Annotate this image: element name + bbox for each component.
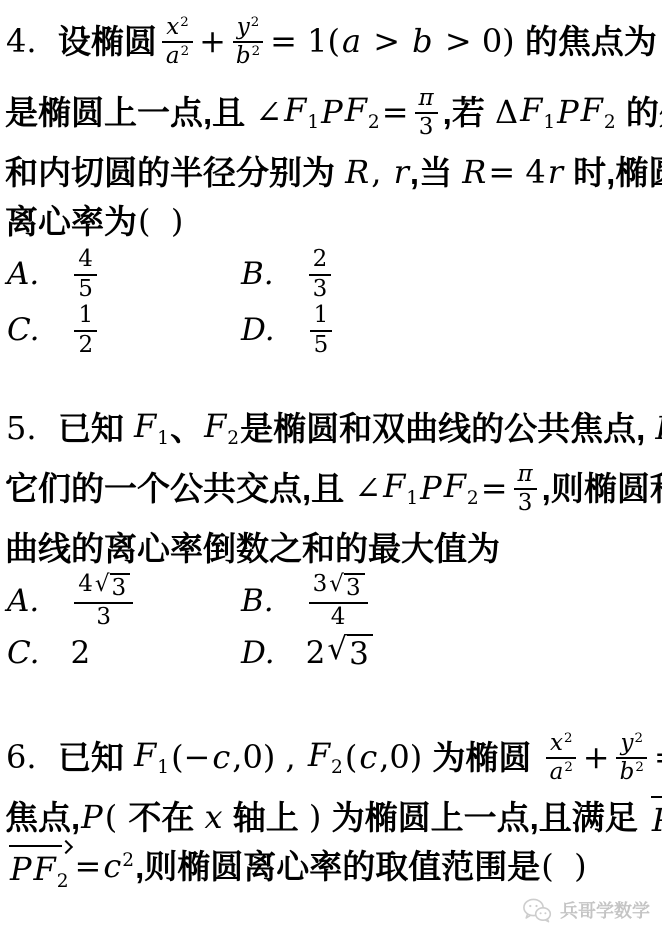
- option-C: C.12: [7, 302, 241, 358]
- option-B: B.3√34: [241, 573, 658, 629]
- problem-line: 6. 已知 F1(−c,0) , F2(c,0) 为椭圆 x2a2+y2b2= …: [5, 722, 658, 793]
- math-variable: F1: [520, 92, 555, 133]
- fraction-denominator: 3: [514, 490, 537, 516]
- math-fraction: y2b2: [616, 730, 648, 786]
- option-label: C.: [7, 312, 39, 348]
- subscript: 2: [368, 112, 380, 133]
- square-root: √3: [326, 634, 373, 671]
- problem-4-lines: 4. 设椭圆x2a2+y2b2= 1(a > b > 0) 的焦点为 F1, F…: [5, 6, 658, 246]
- vector: PF1: [651, 792, 662, 843]
- superscript: 2: [564, 731, 572, 746]
- fraction-denominator: 3: [415, 114, 438, 140]
- superscript: 2: [181, 44, 189, 59]
- math-roman: ( ): [138, 203, 183, 240]
- superscript: 2: [634, 731, 642, 746]
- fraction-denominator: 2: [74, 332, 97, 358]
- problem-line: 离心率为( ): [5, 197, 658, 246]
- fraction-numerator: 2: [309, 246, 332, 275]
- math-variable: a: [342, 23, 361, 60]
- math-roman: 4: [78, 246, 93, 272]
- math-roman: ,0) ,: [232, 739, 306, 776]
- math-variable: x2: [550, 730, 572, 756]
- math-roman: ∠: [354, 470, 381, 507]
- math-roman: =: [481, 470, 508, 507]
- math-roman: 3: [112, 575, 127, 601]
- math-roman: 2: [306, 635, 326, 671]
- math-roman: 2: [78, 332, 93, 358]
- superscript: 2: [122, 850, 134, 871]
- math-roman: +: [583, 739, 610, 776]
- math-roman: ∠: [255, 94, 282, 131]
- math-roman: (−: [171, 739, 210, 776]
- superscript: 2: [635, 760, 643, 775]
- problem-6-lines: 6. 已知 F1(−c,0) , F2(c,0) 为椭圆 x2a2+y2b2= …: [5, 722, 658, 891]
- problem-line: 和内切圆的半径分别为 R, r,当 R= 4r 时,椭圆的: [5, 148, 658, 197]
- option-B: B.23: [241, 246, 658, 302]
- cn-text: ,当: [410, 154, 461, 192]
- worksheet-page: 4. 设椭圆x2a2+y2b2= 1(a > b > 0) 的焦点为 F1, F…: [0, 0, 662, 923]
- math-roman: ): [309, 799, 321, 836]
- superscript: 2: [251, 15, 259, 30]
- math-variable: b2: [236, 43, 260, 69]
- option-value: 2√3: [305, 634, 373, 671]
- problem-4: 4. 设椭圆x2a2+y2b2= 1(a > b > 0) 的焦点为 F1, F…: [5, 6, 658, 358]
- math-fraction: 3√34: [309, 571, 368, 631]
- cn-text: 已知: [58, 739, 133, 777]
- math-roman: +: [199, 23, 226, 60]
- math-variable: P: [420, 470, 442, 507]
- math-variable: F2: [34, 851, 69, 892]
- math-fraction: 45: [74, 246, 97, 302]
- math-roman: = 1(: [270, 23, 340, 60]
- problem-line: 4. 设椭圆x2a2+y2b2= 1(a > b > 0) 的焦点为 F1, F…: [5, 6, 658, 77]
- problem-line: PF2=c2,则椭圆离心率的取值范围是( ): [5, 842, 658, 891]
- fraction-numerator: 4: [74, 246, 97, 275]
- option-D: D.2√3: [241, 629, 658, 676]
- math-variable: π: [419, 85, 434, 111]
- fraction-denominator: a2: [162, 43, 193, 69]
- math-fraction: 15: [310, 302, 333, 358]
- option-label: B.: [241, 583, 274, 619]
- cn-text: 、: [170, 410, 203, 448]
- math-variable: P: [321, 94, 343, 131]
- math-roman: 4.: [6, 23, 57, 60]
- subscript: 2: [57, 871, 69, 892]
- math-variable: c: [359, 739, 377, 776]
- cn-text: ,若: [443, 94, 494, 132]
- problem-5-options: A.4√33B.3√34C.2D.2√3: [5, 573, 658, 676]
- vector-arrow-icon: [9, 845, 62, 847]
- math-roman: 5: [78, 276, 93, 302]
- math-roman: (: [345, 739, 357, 776]
- math-variable: y2: [237, 14, 259, 40]
- math-roman: 3: [313, 571, 328, 597]
- math-variable: P: [652, 802, 662, 839]
- fraction-numerator: 1: [74, 302, 97, 331]
- math-roman: >: [363, 23, 410, 60]
- cn-text: 它们的一个公共交点,且: [5, 470, 353, 508]
- problem-5: 5. 已知 F1、F2是椭圆和双曲线的公共焦点, P 是它们的一个公共交点,且 …: [5, 404, 658, 676]
- wechat-icon: [522, 898, 552, 923]
- math-variable: π: [518, 461, 533, 487]
- math-variable: P: [655, 410, 662, 447]
- math-variable: b: [412, 23, 432, 60]
- cn-text: 时,椭圆的: [564, 154, 662, 192]
- problem-6: 6. 已知 F1(−c,0) , F2(c,0) 为椭圆 x2a2+y2b2= …: [5, 722, 658, 891]
- superscript: 2: [564, 760, 572, 775]
- math-roman: 1: [314, 302, 329, 328]
- fraction-denominator: 5: [74, 276, 97, 302]
- subscript: 1: [406, 488, 418, 509]
- math-variable: c: [212, 739, 230, 776]
- math-fraction: 4√33: [74, 571, 133, 631]
- math-roman: 3: [349, 636, 369, 672]
- math-variable: F1: [284, 92, 319, 133]
- subscript: 1: [307, 112, 319, 133]
- math-roman: (: [105, 799, 128, 836]
- math-roman: =: [75, 848, 102, 885]
- option-label: B.: [241, 256, 274, 292]
- option-value: 15: [305, 302, 338, 358]
- math-roman: 3: [313, 276, 328, 302]
- fraction-numerator: π: [514, 461, 537, 490]
- option-D: D.15: [241, 302, 658, 358]
- math-variable: P: [557, 94, 579, 131]
- radicand: 3: [110, 573, 131, 601]
- math-roman: 3: [96, 604, 111, 630]
- fraction-numerator: 1: [310, 302, 333, 331]
- watermark: 兵哥学数学: [5, 897, 658, 923]
- cn-text: 轴上: [224, 799, 308, 837]
- cn-text: 曲线的离心率倒数之和的最大值为: [5, 530, 500, 568]
- math-roman: 4: [331, 604, 346, 630]
- math-variable: F2: [204, 408, 239, 449]
- fraction-numerator: y2: [616, 730, 646, 759]
- math-roman: 1: [78, 302, 93, 328]
- math-roman: 4: [78, 571, 93, 597]
- math-roman: Δ: [495, 94, 518, 131]
- math-variable: a2: [550, 759, 573, 785]
- cn-text: 的外接圆: [617, 94, 662, 132]
- fraction-numerator: x2: [546, 730, 576, 759]
- option-label: D.: [241, 635, 275, 671]
- math-variable: F1: [383, 468, 418, 509]
- fraction-denominator: 5: [310, 332, 333, 358]
- option-label: A.: [7, 256, 39, 292]
- math-roman: ,0): [379, 739, 422, 776]
- option-label: C.: [7, 635, 39, 671]
- cn-text: 为椭圆: [423, 739, 540, 777]
- option-label: D.: [241, 312, 275, 348]
- math-variable: y2: [620, 730, 642, 756]
- superscript: 2: [252, 44, 260, 59]
- radicand: 3: [347, 634, 373, 671]
- subscript: 1: [543, 112, 555, 133]
- math-variable: b2: [620, 759, 644, 785]
- option-A: A.4√33: [7, 573, 241, 629]
- option-value: 2: [69, 635, 91, 671]
- watermark-label: 兵哥学数学: [560, 897, 650, 923]
- math-roman: 2: [313, 246, 328, 272]
- math-variable: r: [548, 154, 563, 191]
- option-label: A.: [7, 583, 39, 619]
- square-root: √3: [94, 573, 130, 601]
- problem-line: 它们的一个公共交点,且 ∠F1PF2=π3,则椭圆和双: [5, 453, 658, 524]
- superscript: 2: [180, 15, 188, 30]
- math-roman: =: [382, 94, 409, 131]
- cn-text: 为椭圆上一点,且满足: [322, 799, 647, 837]
- math-variable: P: [10, 851, 32, 888]
- math-fraction: π3: [415, 85, 438, 141]
- math-variable: F2: [308, 737, 343, 778]
- vector: PF2: [9, 841, 70, 892]
- math-variable: x2: [166, 14, 188, 40]
- problem-line: 是椭圆上一点,且 ∠F1PF2=π3,若 ΔF1PF2 的外接圆: [5, 77, 658, 148]
- option-C: C.2: [7, 629, 241, 676]
- problem-5-lines: 5. 已知 F1、F2是椭圆和双曲线的公共焦点, P 是它们的一个公共交点,且 …: [5, 404, 658, 573]
- radical-icon: √: [329, 573, 344, 601]
- problem-line: 5. 已知 F1、F2是椭圆和双曲线的公共焦点, P 是: [5, 404, 658, 453]
- math-fraction: π3: [514, 461, 537, 517]
- option-value: 23: [304, 246, 337, 302]
- fraction-numerator: 4√3: [74, 571, 133, 604]
- math-roman: ,: [371, 154, 391, 191]
- math-roman: 5.: [6, 410, 57, 447]
- problem-line: 焦点,P( 不在 x 轴上 ) 为椭圆上一点,且满足 PF1·: [5, 793, 658, 842]
- fraction-denominator: 3: [309, 276, 332, 302]
- fraction-numerator: y2: [233, 14, 263, 43]
- cn-text: ,则椭圆和双: [542, 470, 662, 508]
- subscript: 2: [331, 757, 343, 778]
- cn-text: 设椭圆: [58, 23, 157, 61]
- math-variable: F2: [444, 468, 479, 509]
- square-root: √3: [328, 573, 364, 601]
- math-variable: a2: [166, 43, 189, 69]
- option-A: A.45: [7, 246, 241, 302]
- math-roman: 6.: [6, 739, 57, 776]
- math-fraction: 23: [309, 246, 332, 302]
- fraction-denominator: 4: [327, 604, 350, 630]
- cn-text: 是椭圆和双曲线的公共焦点,: [240, 410, 654, 448]
- subscript: 2: [467, 488, 479, 509]
- math-variable: F1: [134, 737, 169, 778]
- math-variable: F2: [345, 92, 380, 133]
- option-value: 12: [69, 302, 102, 358]
- subscript: 2: [227, 428, 239, 449]
- math-roman: = 4: [488, 154, 545, 191]
- radicand: 3: [344, 573, 365, 601]
- fraction-denominator: 3: [92, 604, 115, 630]
- fraction-denominator: a2: [546, 759, 577, 785]
- math-variable: F1: [134, 408, 169, 449]
- math-roman: 5: [314, 332, 329, 358]
- option-value: 4√33: [69, 571, 138, 631]
- cn-text: 离心率为: [5, 203, 137, 241]
- fraction-numerator: 3√3: [309, 571, 368, 604]
- math-roman: 3: [518, 490, 533, 516]
- cn-text: 焦点,: [5, 799, 80, 837]
- option-value: 3√34: [304, 571, 373, 631]
- math-variable: R: [462, 154, 486, 191]
- cn-text: 已知: [58, 410, 133, 448]
- option-value: 45: [69, 246, 102, 302]
- math-variable: r: [394, 154, 409, 191]
- math-variable: P: [81, 799, 103, 836]
- problem-line: 曲线的离心率倒数之和的最大值为: [5, 524, 658, 573]
- math-variable: R: [345, 154, 369, 191]
- math-fraction: 12: [74, 302, 97, 358]
- math-variable: F2: [581, 92, 616, 133]
- math-roman: > 0): [435, 23, 515, 60]
- cn-text: 不在: [128, 799, 203, 837]
- math-roman: 3: [419, 114, 434, 140]
- vector-arrow-icon: [651, 796, 662, 798]
- math-roman: 2: [70, 635, 90, 671]
- fraction-denominator: b2: [616, 759, 648, 785]
- math-roman: 3: [346, 575, 361, 601]
- math-roman: ( ): [541, 848, 586, 885]
- math-fraction: y2b2: [232, 14, 264, 70]
- math-roman: = 1: [654, 739, 662, 776]
- radical-icon: √: [95, 573, 110, 601]
- subscript: 1: [157, 757, 169, 778]
- subscript: 1: [157, 428, 169, 449]
- subscript: 2: [604, 112, 616, 133]
- math-variable: c2: [103, 848, 134, 885]
- math-fraction: x2a2: [546, 730, 577, 786]
- math-variable: x: [205, 799, 223, 836]
- math-fraction: x2a2: [162, 14, 193, 70]
- problem-4-options: A.45B.23C.12D.15: [5, 246, 658, 358]
- cn-text: 的焦点为: [516, 23, 662, 61]
- fraction-denominator: b2: [232, 43, 264, 69]
- cn-text: 和内切圆的半径分别为: [5, 154, 344, 192]
- fraction-numerator: x2: [162, 14, 192, 43]
- cn-text: ,则椭圆离心率的取值范围是: [135, 848, 540, 886]
- fraction-numerator: π: [415, 85, 438, 114]
- radical-icon: √: [327, 634, 347, 671]
- cn-text: 是椭圆上一点,且: [5, 94, 254, 132]
